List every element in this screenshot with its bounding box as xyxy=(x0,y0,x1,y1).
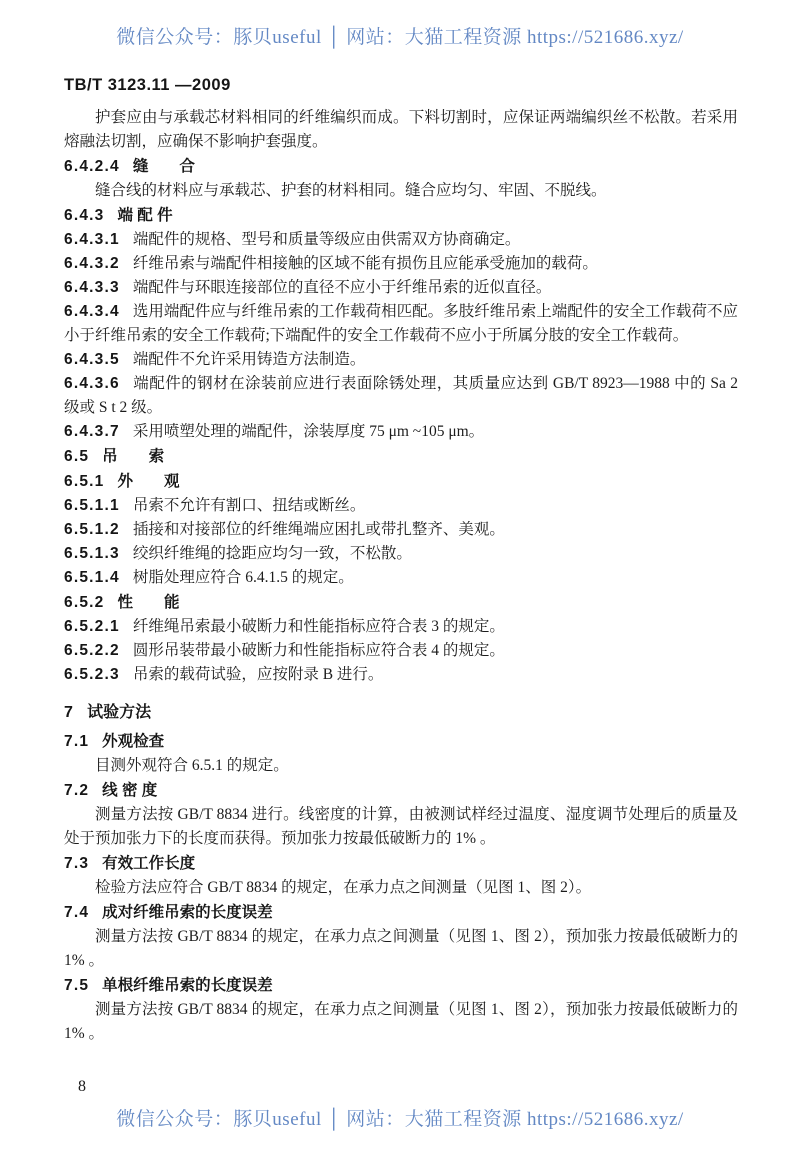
clause-number: 7.1 xyxy=(64,733,89,750)
clause-line: 6.5.2.3吊索的载荷试验，应按附录 B 进行。 xyxy=(64,663,738,687)
document-page: 微信公众号：豚贝useful │ 网站：大猫工程资源 https://52168… xyxy=(0,0,800,1168)
page-number: 8 xyxy=(78,1078,86,1096)
clause-number: 6.5.1 xyxy=(64,473,104,490)
paragraph: 护套应由与承载芯材料相同的纤维编织而成。下料切割时，应保证两端编织丝不松散。若采… xyxy=(64,106,738,154)
clause-number: 6.4.3.6 xyxy=(64,375,120,392)
clause-number: 7.3 xyxy=(64,855,89,872)
clause-line: 6.5.1.4树脂处理应符合 6.4.1.5 的规定。 xyxy=(64,566,738,590)
clause-line: 6.4.3.6端配件的钢材在涂装前应进行表面除锈处理，其质量应达到 GB/T 8… xyxy=(64,372,738,420)
clause-number: 6.4.3.1 xyxy=(64,231,120,248)
section-heading: 7.2线 密 度 xyxy=(64,779,738,803)
heading-title: 试验方法 xyxy=(87,704,151,721)
clause-line: 6.5.1.3绞织纤维绳的捻距应均匀一致，不松散。 xyxy=(64,542,738,566)
section-heading: 7.5单根纤维吊索的长度误差 xyxy=(64,974,738,998)
clause-text: 端配件的钢材在涂装前应进行表面除锈处理，其质量应达到 GB/T 8923—198… xyxy=(64,375,738,416)
clause-text: 树脂处理应符合 6.4.1.5 的规定。 xyxy=(133,569,354,586)
chapter-heading: 7试验方法 xyxy=(64,701,738,725)
clause-number: 6.4.3.2 xyxy=(64,255,120,272)
heading-title: 外 观 xyxy=(117,473,179,490)
clause-line: 6.4.3.3端配件与环眼连接部位的直径不应小于纤维吊索的近似直径。 xyxy=(64,276,738,300)
paragraph: 测量方法按 GB/T 8834 的规定，在承力点之间测量（见图 1、图 2），预… xyxy=(64,925,738,973)
clause-text: 插接和对接部位的纤维绳端应困扎或带扎整齐、美观。 xyxy=(133,521,505,538)
clause-text: 吊索不允许有割口、扭结或断丝。 xyxy=(133,497,366,514)
section-heading: 6.4.2.4缝 合 xyxy=(64,155,738,179)
clause-line: 6.5.1.1吊索不允许有割口、扭结或断丝。 xyxy=(64,494,738,518)
clause-number: 7.4 xyxy=(64,904,89,921)
clause-line: 6.5.2.2圆形吊装带最小破断力和性能指标应符合表 4 的规定。 xyxy=(64,639,738,663)
clause-number: 6.5.2 xyxy=(64,594,104,611)
clause-number: 6.5.1.1 xyxy=(64,497,120,514)
clause-line: 6.4.3.2纤维吊索与端配件相接触的区域不能有损伤且应能承受施加的载荷。 xyxy=(64,252,738,276)
section-heading: 6.4.3端 配 件 xyxy=(64,204,738,228)
paragraph: 测量方法按 GB/T 8834 的规定，在承力点之间测量（见图 1、图 2），预… xyxy=(64,998,738,1046)
watermark-footer: 微信公众号：豚贝useful │ 网站：大猫工程资源 https://52168… xyxy=(0,1104,800,1131)
paragraph: 目测外观符合 6.5.1 的规定。 xyxy=(64,754,738,778)
clause-number: 6.4.3.3 xyxy=(64,279,120,296)
clause-number: 7 xyxy=(64,704,74,721)
heading-title: 有效工作长度 xyxy=(102,855,195,872)
paragraph: 测量方法按 GB/T 8834 进行。线密度的计算，由被测试样经过温度、湿度调节… xyxy=(64,803,738,851)
section-heading: 7.4成对纤维吊索的长度误差 xyxy=(64,901,738,925)
clause-text: 纤维吊索与端配件相接触的区域不能有损伤且应能承受施加的载荷。 xyxy=(133,255,598,272)
clause-number: 6.5.1.3 xyxy=(64,545,120,562)
clause-text: 圆形吊装带最小破断力和性能指标应符合表 4 的规定。 xyxy=(133,642,505,659)
clause-number: 6.5 xyxy=(64,448,89,465)
section-heading: 6.5.2性 能 xyxy=(64,591,738,615)
document-body: 护套应由与承载芯材料相同的纤维编织而成。下料切割时，应保证两端编织丝不松散。若采… xyxy=(64,106,738,1046)
doc-number: TB/T 3123.11 —2009 xyxy=(64,76,231,95)
clause-number: 7.5 xyxy=(64,977,89,994)
clause-number: 6.4.3.7 xyxy=(64,423,120,440)
clause-line: 6.5.2.1纤维绳吊索最小破断力和性能指标应符合表 3 的规定。 xyxy=(64,615,738,639)
clause-text: 吊索的载荷试验，应按附录 B 进行。 xyxy=(133,666,384,683)
clause-number: 6.5.1.4 xyxy=(64,569,120,586)
watermark-header: 微信公众号：豚贝useful │ 网站：大猫工程资源 https://52168… xyxy=(0,22,800,49)
paragraph: 检验方法应符合 GB/T 8834 的规定，在承力点之间测量（见图 1、图 2）… xyxy=(64,876,738,900)
heading-title: 单根纤维吊索的长度误差 xyxy=(102,977,273,994)
heading-title: 性 能 xyxy=(117,594,179,611)
clause-text: 选用端配件应与纤维吊索的工作载荷相匹配。多肢纤维吊索上端配件的安全工作载荷不应小… xyxy=(64,303,738,344)
clause-number: 6.5.1.2 xyxy=(64,521,120,538)
heading-title: 端 配 件 xyxy=(117,207,172,224)
clause-text: 采用喷塑处理的端配件，涂装厚度 75 μm ~105 μm。 xyxy=(133,423,484,440)
clause-number: 6.5.2.1 xyxy=(64,618,120,635)
clause-text: 端配件与环眼连接部位的直径不应小于纤维吊索的近似直径。 xyxy=(133,279,552,296)
clause-text: 端配件的规格、型号和质量等级应由供需双方协商确定。 xyxy=(133,231,521,248)
heading-title: 缝 合 xyxy=(133,158,195,175)
section-heading: 6.5.1外 观 xyxy=(64,470,738,494)
heading-title: 外观检查 xyxy=(102,733,164,750)
heading-title: 成对纤维吊索的长度误差 xyxy=(102,904,273,921)
section-heading: 7.3有效工作长度 xyxy=(64,852,738,876)
clause-number: 6.4.2.4 xyxy=(64,158,120,175)
heading-title: 吊 索 xyxy=(102,448,164,465)
clause-number: 6.5.2.2 xyxy=(64,642,120,659)
clause-number: 6.4.3.4 xyxy=(64,303,120,320)
paragraph: 缝合线的材料应与承载芯、护套的材料相同。缝合应均匀、牢固、不脱线。 xyxy=(64,179,738,203)
clause-text: 绞织纤维绳的捻距应均匀一致，不松散。 xyxy=(133,545,412,562)
section-heading: 6.5吊 索 xyxy=(64,445,738,469)
clause-number: 7.2 xyxy=(64,782,89,799)
clause-line: 6.4.3.7采用喷塑处理的端配件，涂装厚度 75 μm ~105 μm。 xyxy=(64,420,738,444)
clause-number: 6.4.3.5 xyxy=(64,351,120,368)
clause-number: 6.4.3 xyxy=(64,207,104,224)
clause-number: 6.5.2.3 xyxy=(64,666,120,683)
clause-line: 6.4.3.4选用端配件应与纤维吊索的工作载荷相匹配。多肢纤维吊索上端配件的安全… xyxy=(64,300,738,348)
section-heading: 7.1外观检查 xyxy=(64,730,738,754)
clause-line: 6.4.3.5端配件不允许采用铸造方法制造。 xyxy=(64,348,738,372)
clause-text: 端配件不允许采用铸造方法制造。 xyxy=(133,351,366,368)
clause-text: 纤维绳吊索最小破断力和性能指标应符合表 3 的规定。 xyxy=(133,618,505,635)
clause-line: 6.5.1.2插接和对接部位的纤维绳端应困扎或带扎整齐、美观。 xyxy=(64,518,738,542)
clause-line: 6.4.3.1端配件的规格、型号和质量等级应由供需双方协商确定。 xyxy=(64,228,738,252)
heading-title: 线 密 度 xyxy=(102,782,157,799)
